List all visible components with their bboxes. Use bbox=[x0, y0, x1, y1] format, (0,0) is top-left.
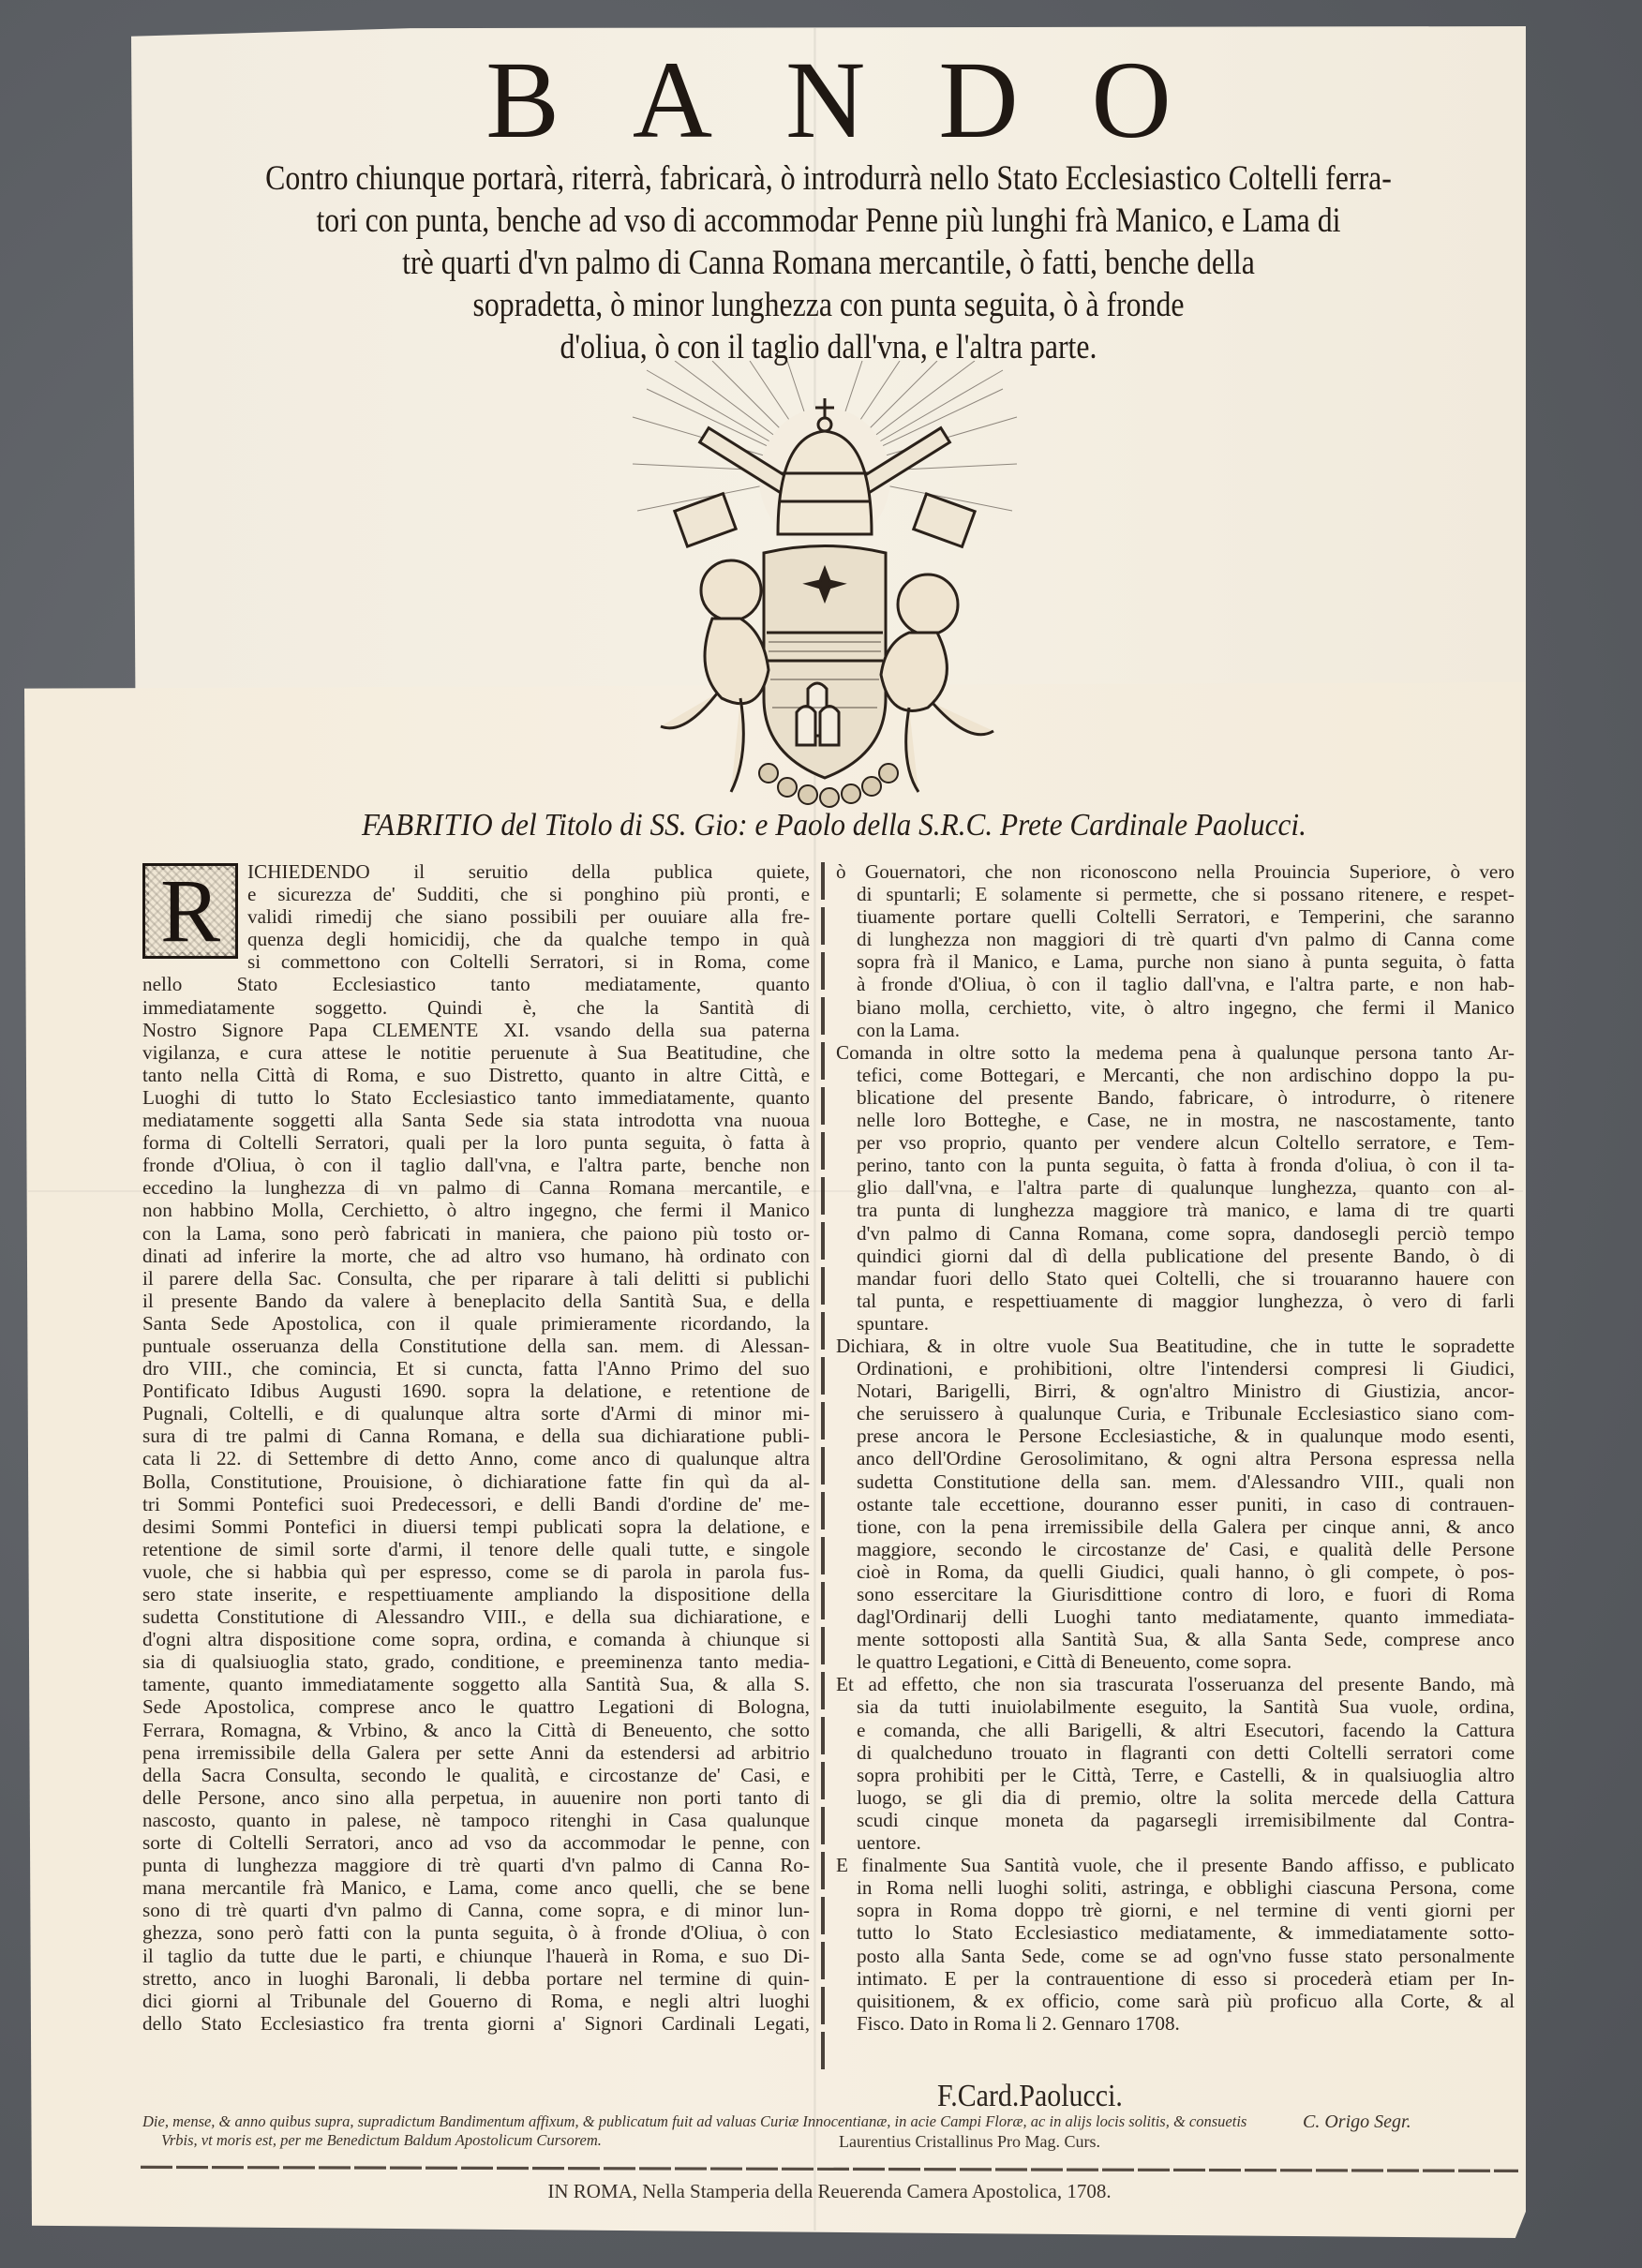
text-line: biano molla, cerchietto, vite, ò altro i… bbox=[836, 996, 1515, 1019]
text-line: e comanda, che alli Barigelli, & altri E… bbox=[836, 1719, 1515, 1741]
text-column-left: R ICHIEDENDO il seruitio della publica q… bbox=[142, 860, 810, 2035]
paragraph-dichiara: Dichiara, & in oltre vuole Sua Beatitudi… bbox=[836, 1335, 1515, 1673]
text-line: dagl'Ordinarij delli Luoghi tanto mediat… bbox=[836, 1605, 1515, 1628]
text-line: blicatione del presente Bando, fabricare… bbox=[836, 1086, 1515, 1109]
text-column-right: ò Gouernatori, che non riconoscono nella… bbox=[836, 860, 1515, 2035]
text-line: in Roma nelli luoghi soliti, astringa, e… bbox=[836, 1876, 1515, 1899]
text-line: tutto lo Stato Ecclesiastico mediatament… bbox=[836, 1921, 1515, 1944]
text-line: sopra prohibiti per le Città, Terre, e C… bbox=[836, 1764, 1515, 1786]
text-line: Comanda in oltre sotto la medema pena à … bbox=[836, 1041, 1515, 1064]
text-line: con la Lama, sono però fabricati in mani… bbox=[142, 1222, 810, 1245]
text-line: di spuntarli; E solamente si permette, c… bbox=[836, 883, 1515, 905]
text-line: sopra frà il Manico, e Lama, purche non … bbox=[836, 950, 1515, 973]
text-line: prese ancora le Persone Ecclesiastiche, … bbox=[836, 1425, 1515, 1447]
text-line: maggiore, secondo le circostanze de' Cas… bbox=[836, 1538, 1515, 1560]
text-line: dro VIII., che comincia, Et si cuncta, f… bbox=[142, 1357, 810, 1380]
text-line: Ordinationi, e prohibitioni, oltre l'int… bbox=[836, 1357, 1515, 1380]
printer-imprint: IN ROMA, Nella Stamperia della Reuerenda… bbox=[141, 2180, 1518, 2203]
text-line: Dichiara, & in oltre vuole Sua Beatitudi… bbox=[836, 1335, 1515, 1357]
text-line: tione, con la pena irremissibile della G… bbox=[836, 1515, 1515, 1538]
text-line: della Sacra Consulta, secondo le qualità… bbox=[142, 1764, 810, 1786]
text-line: scudi cinque moneta da pagarsegli irremi… bbox=[836, 1809, 1515, 1831]
text-line: dello Stato Ecclesiastico fra trenta gio… bbox=[142, 2012, 810, 2035]
text-line: desimi Sommi Pontefici in diuersi tempi … bbox=[142, 1515, 810, 1538]
decorated-initial: R bbox=[142, 863, 238, 959]
text-line: intimato. E per la contrauentione di ess… bbox=[836, 1967, 1515, 1990]
document-title: BANDO bbox=[131, 45, 1526, 156]
text-line: dici giorni al Tribunale del Gouerno di … bbox=[142, 1990, 810, 2012]
text-line: il taglio da tutte due le parti, e chiun… bbox=[142, 1945, 810, 1967]
text-line: stretto, anco in luoghi Baronali, li deb… bbox=[142, 1967, 810, 1990]
text-line: d'vn palmo di Canna Romana, come sopra, … bbox=[836, 1222, 1515, 1245]
text-line: sono essercitare la Giurisdittione contr… bbox=[836, 1583, 1515, 1605]
text-line: sono di trè quarti d'vn palmo di Canna, … bbox=[142, 1899, 810, 1921]
text-line: mente sottoposti alla Santità Sua, & all… bbox=[836, 1628, 1515, 1650]
text-line: fronde d'Oliua, ò con il taglio dall'vna… bbox=[142, 1154, 810, 1176]
master-cursor-signature: Laurentius Cristallinus Pro Mag. Curs. bbox=[839, 2132, 1100, 2152]
text-line: Notari, Barigelli, Birri, & ogn'altro Mi… bbox=[836, 1380, 1515, 1402]
text-line: Bolla, Constitutione, Prouisione, ò dich… bbox=[142, 1470, 810, 1493]
text-line: mandar fuori dello Stato quei Coltelli, … bbox=[836, 1267, 1515, 1290]
column-divider bbox=[821, 862, 825, 2071]
paragraph-finalmente: E finalmente Sua Santità vuole, che il p… bbox=[836, 1854, 1515, 2035]
text-line: Fisco. Dato in Roma li 2. Gennaro 1708. bbox=[836, 2012, 1515, 2035]
text-line: Sede Apostolica, comprese anco le quattr… bbox=[142, 1695, 810, 1718]
text-line: à fronde d'Oliua, ò con il taglio dall'v… bbox=[836, 973, 1515, 995]
text-line: validi rimedij che siano possibili per o… bbox=[142, 905, 810, 928]
text-line: d'ogni altra dispositione come sopra, or… bbox=[142, 1628, 810, 1650]
text-line: per vso proprio, quanto per vendere alcu… bbox=[836, 1131, 1515, 1154]
text-line: nello Stato Ecclesiastico tanto mediatam… bbox=[142, 973, 810, 995]
subtitle-line: trè quarti d'vn palmo di Canna Romana me… bbox=[224, 242, 1433, 284]
text-line: tra punta di lunghezza maggiore trà mani… bbox=[836, 1199, 1515, 1221]
text-line: quisitionem, & ex officio, come sarà più… bbox=[836, 1990, 1515, 2012]
text-line: cata li 22. di Settembre di detto Anno, … bbox=[142, 1447, 810, 1470]
text-line: luogo, se gli dia di premio, oltre la so… bbox=[836, 1786, 1515, 1809]
text-line: ghezza, sono però fatti con la punta seg… bbox=[142, 1921, 810, 1944]
text-line: quindici giorni dal dì della publication… bbox=[836, 1245, 1515, 1267]
text-line: Ferrara, Romagna, & Vrbino, & anco la Ci… bbox=[142, 1719, 810, 1741]
text-line: posto alla Santa Sede, come se ad ogn'vn… bbox=[836, 1945, 1515, 1967]
text-line: sudetta Constitutione di Alessandro VIII… bbox=[142, 1605, 810, 1628]
text-line: le quattro Legationi, e Città di Beneuen… bbox=[836, 1650, 1515, 1673]
attestation-line: Vrbis, vt moris est, per me Benedictum B… bbox=[142, 2131, 1520, 2150]
cardinal-signature: F.Card.Paolucci. bbox=[937, 2079, 1123, 2114]
text-line: non habbino Molla, Cerchietto, ò altro i… bbox=[142, 1199, 810, 1221]
text-line: sura di tre palmi di Canna Romana, e del… bbox=[142, 1425, 810, 1447]
text-line: sia di qualsiuoglia stato, grado, condit… bbox=[142, 1650, 810, 1673]
text-line: nelle loro Botteghe, e Case, ne in mostr… bbox=[836, 1109, 1515, 1131]
text-line: quenza degli homicidij, che da qualche t… bbox=[142, 928, 810, 950]
text-line: forma di Coltelli Serratori, quali per l… bbox=[142, 1131, 810, 1154]
text-line: anco dell'Ordine Gerosolimitano, & ogni … bbox=[836, 1447, 1515, 1470]
text-line: sia da tutti inuiolabilmente eseguito, l… bbox=[836, 1695, 1515, 1718]
text-line: tri Sommi Pontefici suoi Predecessori, e… bbox=[142, 1493, 810, 1515]
text-line: che seruissero à qualunque Curia, e Trib… bbox=[836, 1402, 1515, 1425]
text-line: tiuamente portare quelli Coltelli Serrat… bbox=[836, 905, 1515, 928]
text-line: si commettono con Coltelli Serratori, si… bbox=[142, 950, 810, 973]
paragraph-comanda: Comanda in oltre sotto la medema pena à … bbox=[836, 1041, 1515, 1335]
text-line: Et ad effetto, che non sia trascurata l'… bbox=[836, 1673, 1515, 1695]
subtitle-line: tori con punta, benche ad vso di accommo… bbox=[224, 200, 1433, 242]
text-line: ostante tale eccettione, douranno esser … bbox=[836, 1493, 1515, 1515]
text-line: delle Persone, anco sino alla perpetua, … bbox=[142, 1786, 810, 1809]
text-line: tamente, quanto immediatamente soggetto … bbox=[142, 1673, 810, 1695]
papal-coat-of-arms-icon bbox=[628, 361, 1022, 811]
text-line: tal punta, e respettiuamente di maggior … bbox=[836, 1290, 1515, 1312]
text-line: mediatamente soggetti alla Santa Sede si… bbox=[142, 1109, 810, 1131]
publication-attestation: Die, mense, & anno quibus supra, supradi… bbox=[142, 2112, 1520, 2150]
text-line: e sicurezza de' Sudditi, che si ponghino… bbox=[142, 883, 810, 905]
issuer-title: del Titolo di SS. Gio: e Paolo della S.R… bbox=[494, 808, 1306, 843]
subtitle-line: sopradetta, ò minor lunghezza con punta … bbox=[224, 284, 1433, 326]
text-line: ICHIEDENDO il seruitio della publica qui… bbox=[142, 860, 810, 883]
text-line: glio dall'vna, e l'altra parte di qualun… bbox=[836, 1176, 1515, 1199]
issuer-name: FABRITIO bbox=[362, 808, 494, 843]
subtitle-line: Contro chiunque portarà, riterrà, fabric… bbox=[224, 157, 1433, 200]
paragraph-et-ad-effetto: Et ad effetto, che non sia trascurata l'… bbox=[836, 1673, 1515, 1854]
issuer-heading: FABRITIO del Titolo di SS. Gio: e Paolo … bbox=[196, 808, 1472, 843]
text-line: Santa Sede Apostolica, con il quale prim… bbox=[142, 1312, 810, 1335]
text-line: immediatamente soggetto. Quindi è, che l… bbox=[142, 996, 810, 1019]
text-line: perino, tanto con la punta seguita, ò fa… bbox=[836, 1154, 1515, 1176]
attestation-line: Die, mense, & anno quibus supra, supradi… bbox=[142, 2112, 1520, 2131]
text-line: Pontificato Idibus Augusti 1690. sopra l… bbox=[142, 1380, 810, 1402]
text-line: sopra in Roma doppo trè giorni, e nel te… bbox=[836, 1899, 1515, 1921]
text-line: di qualcheduno trouato in flagranti con … bbox=[836, 1741, 1515, 1764]
text-line: Nostro Signore Papa CLEMENTE XI. vsando … bbox=[142, 1019, 810, 1041]
text-line: con la Lama. bbox=[836, 1019, 1515, 1041]
text-line: nascosto, quanto in palese, nè tampoco r… bbox=[142, 1809, 810, 1831]
text-line: tefici, come Bottegari, e Mercanti, che … bbox=[836, 1064, 1515, 1086]
text-line: punta di lunghezza maggiore di trè quart… bbox=[142, 1854, 810, 1876]
text-line: retentione de simil sorte d'armi, il ten… bbox=[142, 1538, 810, 1560]
text-line: il parere della Sac. Consulta, che per r… bbox=[142, 1267, 810, 1290]
text-line: uentore. bbox=[836, 1831, 1515, 1854]
text-line: vigilanza, e cura attese le notitie peru… bbox=[142, 1041, 810, 1064]
text-line: Luoghi di tutto lo Stato Ecclesiastico t… bbox=[142, 1086, 810, 1109]
text-line: eccedino la lunghezza di vn palmo di Can… bbox=[142, 1176, 810, 1199]
text-line: di lunghezza non maggiori di trè quarti … bbox=[836, 928, 1515, 950]
text-line: Pugnali, Coltelli, e di qualunque altra … bbox=[142, 1402, 810, 1425]
paragraph-governors: ò Gouernatori, che non riconoscono nella… bbox=[836, 860, 1515, 1041]
text-line: tanto nella Città di Roma, e suo Distret… bbox=[142, 1064, 810, 1086]
text-line: ò Gouernatori, che non riconoscono nella… bbox=[836, 860, 1515, 883]
text-line: sorte di Coltelli Serratori, anco ad vso… bbox=[142, 1831, 810, 1854]
text-line: il presente Bando da valere à beneplacit… bbox=[142, 1290, 810, 1312]
text-line: dinati ad inferire la morte, che ad altr… bbox=[142, 1245, 810, 1267]
text-line: sero state inserite, e respettiuamente a… bbox=[142, 1583, 810, 1605]
text-line: E finalmente Sua Santità vuole, che il p… bbox=[836, 1854, 1515, 1876]
document-subtitle: Contro chiunque portarà, riterrà, fabric… bbox=[224, 157, 1433, 368]
text-line: cioè in Roma, da quelli Giudici, quali h… bbox=[836, 1560, 1515, 1583]
text-line: pena irremissibile della Galera per sett… bbox=[142, 1741, 810, 1764]
text-line: mana mercantile frà Manico, e Lama, come… bbox=[142, 1876, 810, 1899]
text-line: spuntare. bbox=[836, 1312, 1515, 1335]
text-line: vuole, che si habbia quì per espresso, c… bbox=[142, 1560, 810, 1583]
text-line: sudetta Constitutione della san. mem. d'… bbox=[836, 1470, 1515, 1493]
text-line: puntuale osseruanza della Constitutione … bbox=[142, 1335, 810, 1357]
